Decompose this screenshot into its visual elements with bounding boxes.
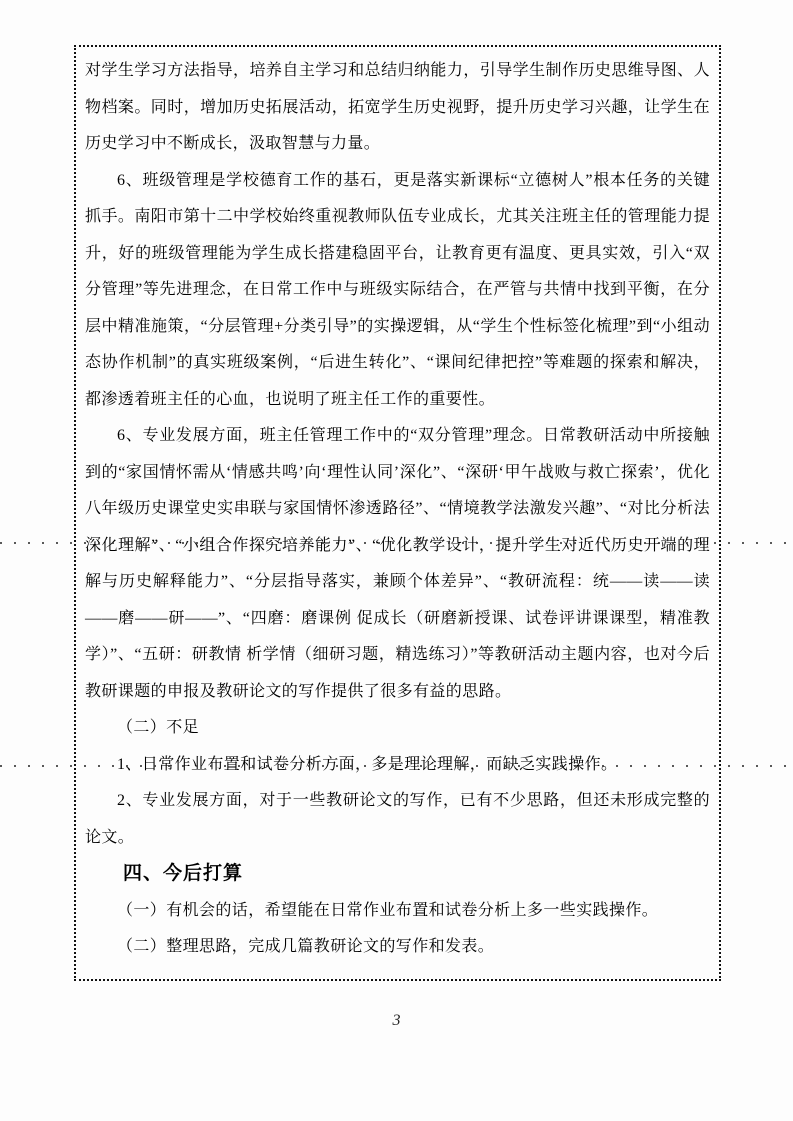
scan-artifact-dotted-line-lower bbox=[0, 765, 793, 767]
document-content-frame: 对学生学习方法指导，培养自主学习和总结归纳能力，引导学生制作历史思维导图、人物档… bbox=[74, 45, 721, 981]
future-plan-item-2: （二）整理思路，完成几篇教研论文的写作和发表。 bbox=[85, 929, 710, 966]
scan-artifact-dotted-line-upper bbox=[0, 542, 793, 544]
section-heading-future-plans: 四、今后打算 bbox=[85, 856, 710, 893]
paragraph-professional-development: 6、专业发展方面，班主任管理工作中的“双分管理”理念。日常教研活动中所接触到的“… bbox=[85, 418, 710, 710]
paragraph-continuation-study-methods: 对学生学习方法指导，培养自主学习和总结归纳能力，引导学生制作历史思维导图、人物档… bbox=[85, 53, 710, 163]
paragraph-class-management: 6、班级管理是学校德育工作的基石，更是落实新课标“立德树人”根本任务的关键抓手。… bbox=[85, 163, 710, 419]
shortcoming-item-2: 2、专业发展方面，对于一些教研论文的写作，已有不少思路，但还未形成完整的论文。 bbox=[85, 783, 710, 856]
scanned-document-page: 对学生学习方法指导，培养自主学习和总结归纳能力，引导学生制作历史思维导图、人物档… bbox=[0, 0, 793, 1121]
subsection-heading-shortcomings: （二）不足 bbox=[85, 710, 710, 747]
future-plan-item-1: （一）有机会的话，希望能在日常作业布置和试卷分析上多一些实践操作。 bbox=[85, 893, 710, 930]
page-number: 3 bbox=[0, 1012, 793, 1030]
